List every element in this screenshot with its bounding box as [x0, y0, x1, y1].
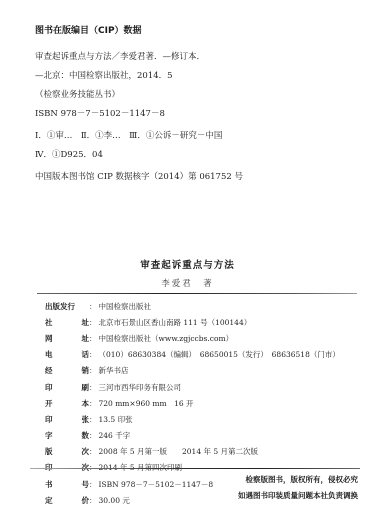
imprint-key-char: 电: [45, 349, 53, 360]
colon: ：: [89, 414, 97, 425]
imprint-key-char: 定: [45, 495, 53, 506]
imprint-key: 版次: [45, 446, 89, 457]
imprint-key: 印张: [45, 414, 89, 425]
imprint-value: 新华书店: [99, 365, 129, 376]
cip-line-classification: Ⅳ．①D925．04: [35, 148, 103, 160]
colon: ：: [89, 365, 97, 376]
imprint-key-char: 经: [45, 365, 53, 376]
imprint-key-char: 本: [82, 398, 90, 409]
imprint-key-char: 数: [82, 430, 90, 441]
imprint-key-char: 刷: [82, 382, 90, 393]
imprint-row-phone: 电话：（010）68630384（编辑） 68650015（发行） 686365…: [45, 347, 340, 363]
cip-line-subjects: Ⅰ．①审… Ⅱ．①李… Ⅲ．①公诉－研究－中国: [35, 129, 222, 141]
imprint-key: 网址: [45, 333, 89, 344]
imprint-key: 出版发行: [45, 301, 89, 312]
quality-notice: 如遇图书印装质量问题本社负责调换: [238, 490, 358, 501]
imprint-key-char: 字: [45, 430, 53, 441]
imprint-value: 246 千字: [99, 430, 131, 441]
imprint-row-edition: 版次：2008 年 5 月第一版 2014 年 5 月第二次版: [45, 444, 340, 460]
imprint-key-char: 社: [45, 317, 53, 328]
book-title: 审查起诉重点与方法: [0, 257, 375, 271]
imprint-key: 书号: [45, 479, 89, 490]
imprint-row-distributor: 经销：新华书店: [45, 363, 340, 379]
colon: ：: [89, 398, 97, 409]
colon: ：: [89, 317, 97, 328]
colon: ：: [89, 301, 97, 312]
imprint-key-char: 次: [82, 446, 90, 457]
imprint-value: 中国检察出版社: [99, 301, 152, 312]
colon: ：: [89, 333, 97, 344]
imprint-row-printer: 印刷：三河市西华印务有限公司: [45, 379, 340, 395]
imprint-value: 30.00 元: [99, 495, 130, 506]
imprint-key-char: 址: [82, 333, 90, 344]
imprint-value: 2008 年 5 月第一版 2014 年 5 月第二次版: [99, 446, 259, 457]
imprint-row-word-count: 字数：246 千字: [45, 428, 340, 444]
imprint-key-char: 话: [82, 349, 90, 360]
imprint-value: 13.5 印张: [99, 414, 133, 425]
imprint-key-char: 号: [82, 479, 90, 490]
colon: ：: [89, 446, 97, 457]
imprint-key: 社址: [45, 317, 89, 328]
imprint-key-char: 销: [82, 365, 90, 376]
cip-heading: 图书在版编目（CIP）数据: [35, 23, 142, 36]
imprint-row-website: 网址：中国检察出版社（www.zgjccbs.com）: [45, 330, 340, 346]
colon: ：: [89, 430, 97, 441]
colon: ：: [89, 349, 97, 360]
imprint-key-char: 张: [82, 414, 90, 425]
copyright-notice: 检察版图书，版权所有，侵权必究: [246, 474, 359, 485]
top-divider: [37, 293, 357, 294]
imprint-value: 三河市西华印务有限公司: [99, 382, 182, 393]
imprint-key-char: 开: [45, 398, 53, 409]
imprint-key: 印刷: [45, 382, 89, 393]
imprint-key-char: 印: [45, 382, 53, 393]
imprint-value: ISBN 978－7－5102－1147－8: [99, 479, 214, 490]
cip-line-publisher: —北京：中国检察出版社，2014．5: [35, 69, 173, 81]
imprint-key: 经销: [45, 365, 89, 376]
book-author: 李爱君 著: [0, 277, 375, 289]
imprint-row-format: 开本：720 mm×960 mm 16 开: [45, 395, 340, 411]
imprint-key-label: 出版发行: [45, 301, 75, 312]
imprint-key: 定价: [45, 495, 89, 506]
imprint-key-char: 网: [45, 333, 53, 344]
imprint-key-char: 印: [45, 414, 53, 425]
imprint-row-sheets: 印张：13.5 印张: [45, 411, 340, 427]
imprint-key: 开本: [45, 398, 89, 409]
imprint-value: 中国检察出版社（www.zgjccbs.com）: [99, 333, 234, 344]
imprint-key-char: 书: [45, 479, 53, 490]
imprint-value: 北京市石景山区香山南路 111 号（100144）: [99, 317, 252, 328]
bottom-divider: [30, 468, 360, 469]
imprint-key-char: 版: [45, 446, 53, 457]
imprint-row-address: 社址：北京市石景山区香山南路 111 号（100144）: [45, 314, 340, 330]
colon: ：: [89, 495, 97, 506]
imprint-key-char: 址: [82, 317, 90, 328]
imprint-value: （010）68630384（编辑） 68650015（发行） 68636518（…: [99, 349, 340, 360]
imprint-key-char: 价: [82, 495, 90, 506]
cip-line-title: 审查起诉重点与方法／李爱君著．—修订本．: [35, 50, 205, 62]
cip-line-record-number: 中国版本图书馆 CIP 数据核字（2014）第 061752 号: [35, 170, 243, 182]
imprint-value: 720 mm×960 mm 16 开: [99, 398, 194, 409]
cip-line-isbn: ISBN 978－7－5102－1147－8: [35, 107, 165, 119]
colon: ：: [89, 479, 97, 490]
cip-line-series: （检察业务技能丛书）: [35, 88, 120, 100]
imprint-key: 字数: [45, 430, 89, 441]
colon: ：: [89, 382, 97, 393]
imprint-key: 电话: [45, 349, 89, 360]
imprint-row-publisher: 出版发行：中国检察出版社: [45, 298, 340, 314]
